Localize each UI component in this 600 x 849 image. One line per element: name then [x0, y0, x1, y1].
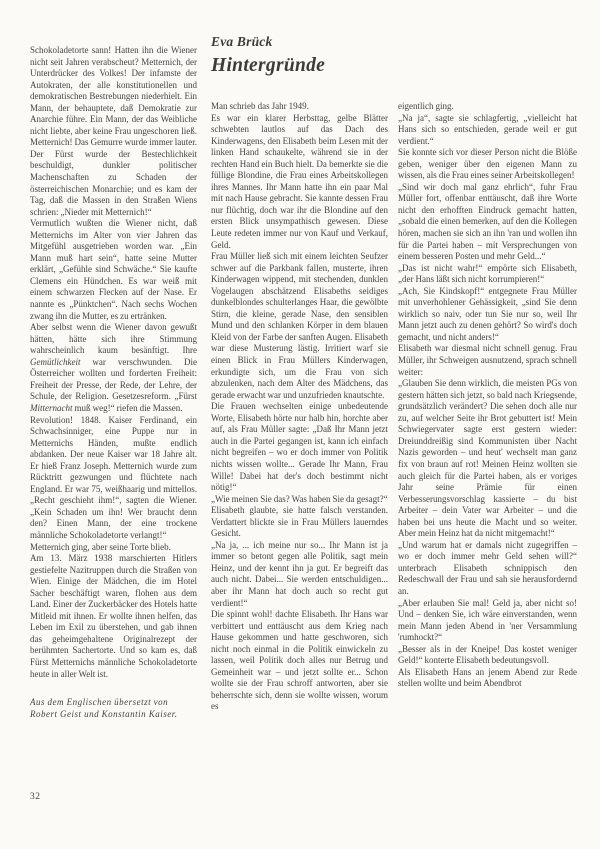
paragraph: Es war ein klarer Herbsttag, gelbe Blätt…: [211, 113, 388, 252]
paragraph: eigentlich ging.: [398, 101, 577, 113]
paragraph: Elisabeth glaubte, sie hatte falsch vers…: [211, 505, 388, 540]
paragraph: „Sind wir doch mal ganz ehrlich“, fuhr F…: [398, 182, 577, 263]
middle-column-paragraphs: Man schrieb das Jahr 1949.Es war ein kla…: [211, 101, 388, 713]
author-name: Eva Brück: [211, 34, 461, 50]
paragraph: „Wie meinen Sie das? Was haben Sie da ge…: [211, 494, 388, 506]
paragraph: „Na ja“, sagte sie schlagfertig, „vielle…: [398, 113, 577, 148]
paragraph: Aber selbst wenn die Wiener davon gewußt…: [30, 322, 197, 414]
paragraph: „Glauben Sie denn wirklich, die meisten …: [398, 378, 577, 540]
paragraph: Metternich ging, aber seine Torte blieb.: [30, 542, 197, 554]
translator-note: Aus dem Englischen übersetzt von Robert …: [30, 697, 197, 720]
paragraph: Als Elisabeth Hans an jenem Abend zur Re…: [398, 667, 577, 690]
paragraph: „Na ja, ... ich meine nur so... Ihr Mann…: [211, 540, 388, 609]
paragraph: Frau Müller ließ sich mit einem leichten…: [211, 251, 388, 401]
left-column-paragraphs: Schokoladetorte sann! Hatten ihn die Wie…: [30, 45, 197, 680]
paragraph: Sie konnte sich vor dieser Person nicht …: [398, 147, 577, 182]
paragraph: „Aber erlauben Sie mal! Geld ja, aber ni…: [398, 598, 577, 644]
paragraph: „Und warum hat er damals nicht zugegriff…: [398, 540, 577, 598]
paragraph: Vermutlich wußten die Wiener nicht, daß …: [30, 218, 197, 322]
book-page: { "header": { "author": "Eva Brück", "ti…: [0, 0, 600, 849]
paragraph: Man schrieb das Jahr 1949.: [211, 101, 388, 113]
middle-text-column: Man schrieb das Jahr 1949.Es war ein kla…: [211, 101, 388, 713]
paragraph: Die Frauen wechselten einige unbedeutend…: [211, 401, 388, 493]
paragraph: Am 13. März 1938 marschierten Hitlers ge…: [30, 553, 197, 680]
article-header: Eva Brück Hintergründe: [211, 34, 461, 77]
paragraph: „Das ist nicht wahr!“ empörte sich Elisa…: [398, 263, 577, 286]
paragraph: Revolution! 1848. Kaiser Ferdinand, ein …: [30, 415, 197, 542]
right-text-column: eigentlich ging.„Na ja“, sagte sie schla…: [398, 101, 577, 690]
article-title: Hintergründe: [211, 55, 461, 77]
paragraph: „Besser als in der Kneipe! Das kostet we…: [398, 644, 577, 667]
page-number: 32: [30, 792, 41, 802]
paragraph: Die spinnt wohl! dachte Elisabeth. Ihr H…: [211, 609, 388, 713]
paragraph: Schokoladetorte sann! Hatten ihn die Wie…: [30, 45, 197, 218]
left-text-column: Schokoladetorte sann! Hatten ihn die Wie…: [30, 45, 197, 720]
paragraph: „Ach, Sie Kindskopf!“ entgegnete Frau Mü…: [398, 286, 577, 344]
right-column-paragraphs: eigentlich ging.„Na ja“, sagte sie schla…: [398, 101, 577, 690]
paragraph: Elisabeth war diesmal nicht schnell genu…: [398, 343, 577, 378]
